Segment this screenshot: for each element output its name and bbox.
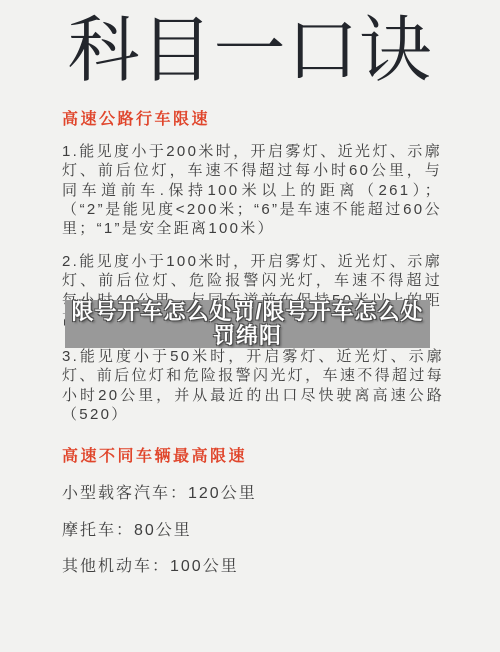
watermark-overlay: 限号开车怎么处罚/限号开车怎么处罚绵阳	[65, 300, 430, 348]
rule-paragraph-visibility-50m: 3.能见度小于50米时，开启雾灯、近光灯、示廓灯、前后位灯和危险报警闪光灯，车速…	[62, 347, 444, 424]
speed-item-passenger-car: 小型载客汽车：120公里	[62, 480, 257, 503]
speed-item-motorcycle: 摩托车：80公里	[62, 517, 192, 540]
rule-paragraph-visibility-200m: 1.能见度小于200米时，开启雾灯、近光灯、示廓灯、前后位灯，车速不得超过每小时…	[62, 142, 442, 238]
study-notes-poster: 科目一口诀 高速公路行车限速 1.能见度小于200米时，开启雾灯、近光灯、示廓灯…	[0, 0, 500, 652]
speed-item-other-vehicles: 其他机动车：100公里	[62, 553, 239, 576]
watermark-text: 限号开车怎么处罚/限号开车怎么处罚绵阳	[65, 300, 430, 348]
section-heading-vehicle-max-speed: 高速不同车辆最高限速	[62, 443, 247, 466]
section-heading-highway-speed-rules: 高速公路行车限速	[62, 106, 210, 129]
page-title: 科目一口诀	[0, 10, 500, 92]
